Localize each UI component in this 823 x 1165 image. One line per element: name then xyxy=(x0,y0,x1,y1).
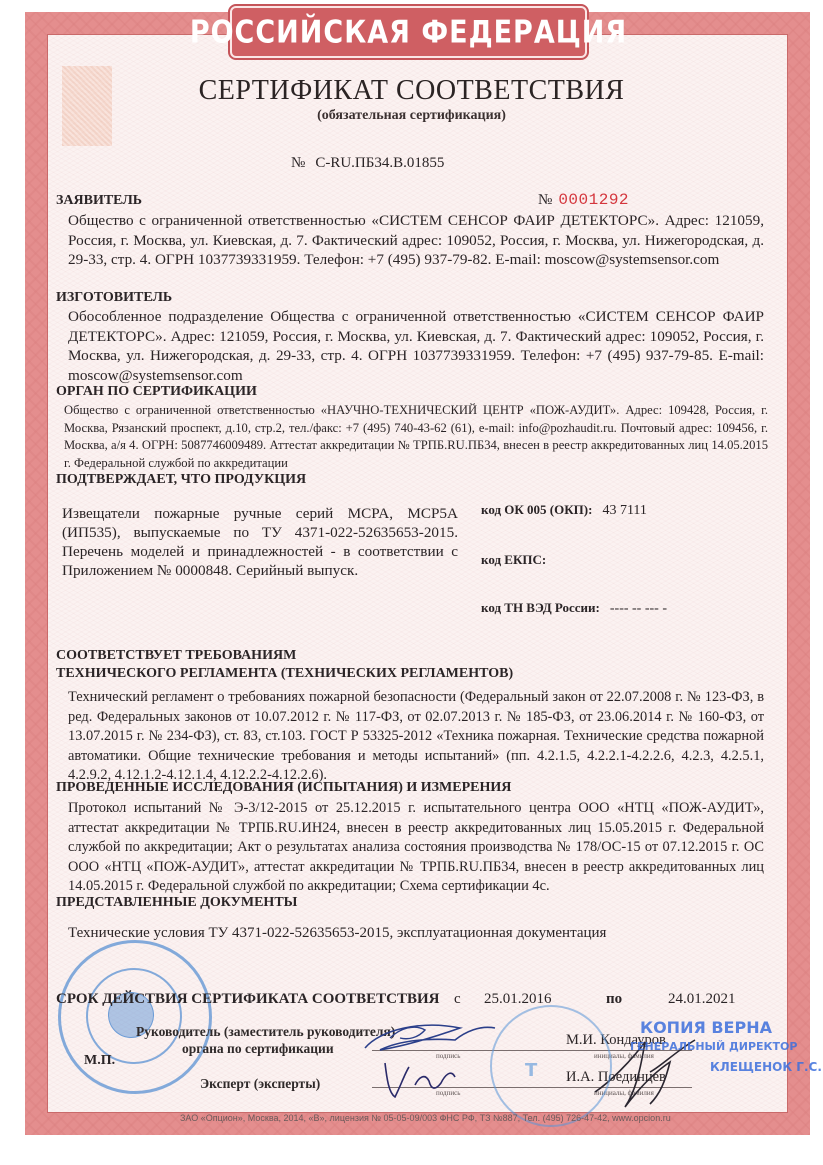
validity-to-label: по xyxy=(606,991,622,1008)
requirements-text: Технический регламент о требованиях пожа… xyxy=(68,688,764,786)
head-signature-icon xyxy=(360,1010,500,1060)
manufacturer-heading: ИЗГОТОВИТЕЛЬ xyxy=(56,290,172,306)
certificate-number-value: С-RU.ПБ34.В.01855 xyxy=(315,155,444,171)
copy-stamp-line-3: КЛЕЩЕНОК Г.С. xyxy=(710,1060,822,1074)
document-subtitle: (обязательная сертификация) xyxy=(0,108,823,124)
validity-label: СРОК ДЕЙСТВИЯ СЕРТИФИКАТА СООТВЕТСТВИЯ xyxy=(56,991,439,1007)
certificate-number: №С-RU.ПБ34.В.01855 xyxy=(291,155,444,172)
head-role-line-1: Руководитель (заместитель руководителя) xyxy=(136,1024,395,1040)
applicant-heading: ЗАЯВИТЕЛЬ xyxy=(56,193,142,209)
seal-place-label: М.П. xyxy=(84,1053,115,1069)
certification-body-text: Общество с ограниченной ответственностью… xyxy=(64,402,768,472)
certification-body-heading: ОРГАН ПО СЕРТИФИКАЦИИ xyxy=(56,384,257,400)
tests-heading: ПРОВЕДЕННЫЕ ИССЛЕДОВАНИЯ (ИСПЫТАНИЯ) И И… xyxy=(56,780,511,796)
code-tnved-value: ---- -- --- - xyxy=(610,601,667,616)
applicant-text: Общество с ограниченной ответственностью… xyxy=(68,211,764,270)
copy-stamp-line-1: КОПИЯ ВЕРНА xyxy=(640,1018,772,1037)
head-role-line-2: органа по сертификации xyxy=(182,1041,334,1057)
document-title: СЕРТИФИКАТ СООТВЕТСТВИЯ xyxy=(0,75,823,107)
requirements-heading: СООТВЕТСТВУЕТ ТРЕБОВАНИЯМ xyxy=(56,648,296,664)
serial-number-value: 0001292 xyxy=(558,191,629,209)
number-sign: № xyxy=(291,155,305,171)
expert-role: Эксперт (эксперты) xyxy=(200,1076,320,1092)
documents-text: Технические условия ТУ 4371-022-52635653… xyxy=(68,924,764,944)
requirements-subheading: ТЕХНИЧЕСКОГО РЕГЛАМЕНТА (ТЕХНИЧЕСКИХ РЕГ… xyxy=(56,666,513,682)
company-stamp-logo: T xyxy=(525,1060,537,1081)
banner-text: РОССИЙСКАЯ ФЕДЕРАЦИЯ xyxy=(190,14,627,50)
company-stamp xyxy=(490,1005,612,1127)
country-banner: РОССИЙСКАЯ ФЕДЕРАЦИЯ xyxy=(230,6,587,58)
validity-from-label: с xyxy=(454,991,461,1008)
code-okp-value: 43 7111 xyxy=(602,503,646,518)
documents-heading: ПРЕДСТАВЛЕННЫЕ ДОКУМЕНТЫ xyxy=(56,895,297,911)
validity-to-date: 24.01.2021 xyxy=(668,991,736,1008)
code-okp-label: код ОК 005 (ОКП): xyxy=(481,502,592,517)
code-ekps: код ЕКПС: xyxy=(481,552,556,569)
code-ekps-label: код ЕКПС: xyxy=(481,552,546,567)
expert-signature-icon xyxy=(375,1055,495,1105)
tests-text: Протокол испытаний № Э-3/12-2015 от 25.1… xyxy=(68,799,764,897)
code-tnved-label: код ТН ВЭД России: xyxy=(481,600,600,615)
code-tnved: код ТН ВЭД России:---- -- --- - xyxy=(481,600,667,617)
product-text: Извещатели пожарные ручные серий MCPA, M… xyxy=(62,504,458,580)
code-okp: код ОК 005 (ОКП):43 7111 xyxy=(481,502,647,519)
product-heading: ПОДТВЕРЖДАЕТ, ЧТО ПРОДУКЦИЯ xyxy=(56,472,306,488)
copy-stamp-line-2: ГЕНЕРАЛЬНЫЙ ДИРЕКТОР xyxy=(630,1040,797,1053)
serial-number-sign: № xyxy=(538,192,552,208)
manufacturer-text: Обособленное подразделение Общества с ог… xyxy=(68,307,764,385)
validity-period: СРОК ДЕЙСТВИЯ СЕРТИФИКАТА СООТВЕТСТВИЯ с… xyxy=(56,991,439,1008)
printer-footer: ЗАО «Опцион», Москва, 2014, «В», лицензи… xyxy=(180,1113,671,1123)
serial-number: №0001292 xyxy=(538,191,629,209)
